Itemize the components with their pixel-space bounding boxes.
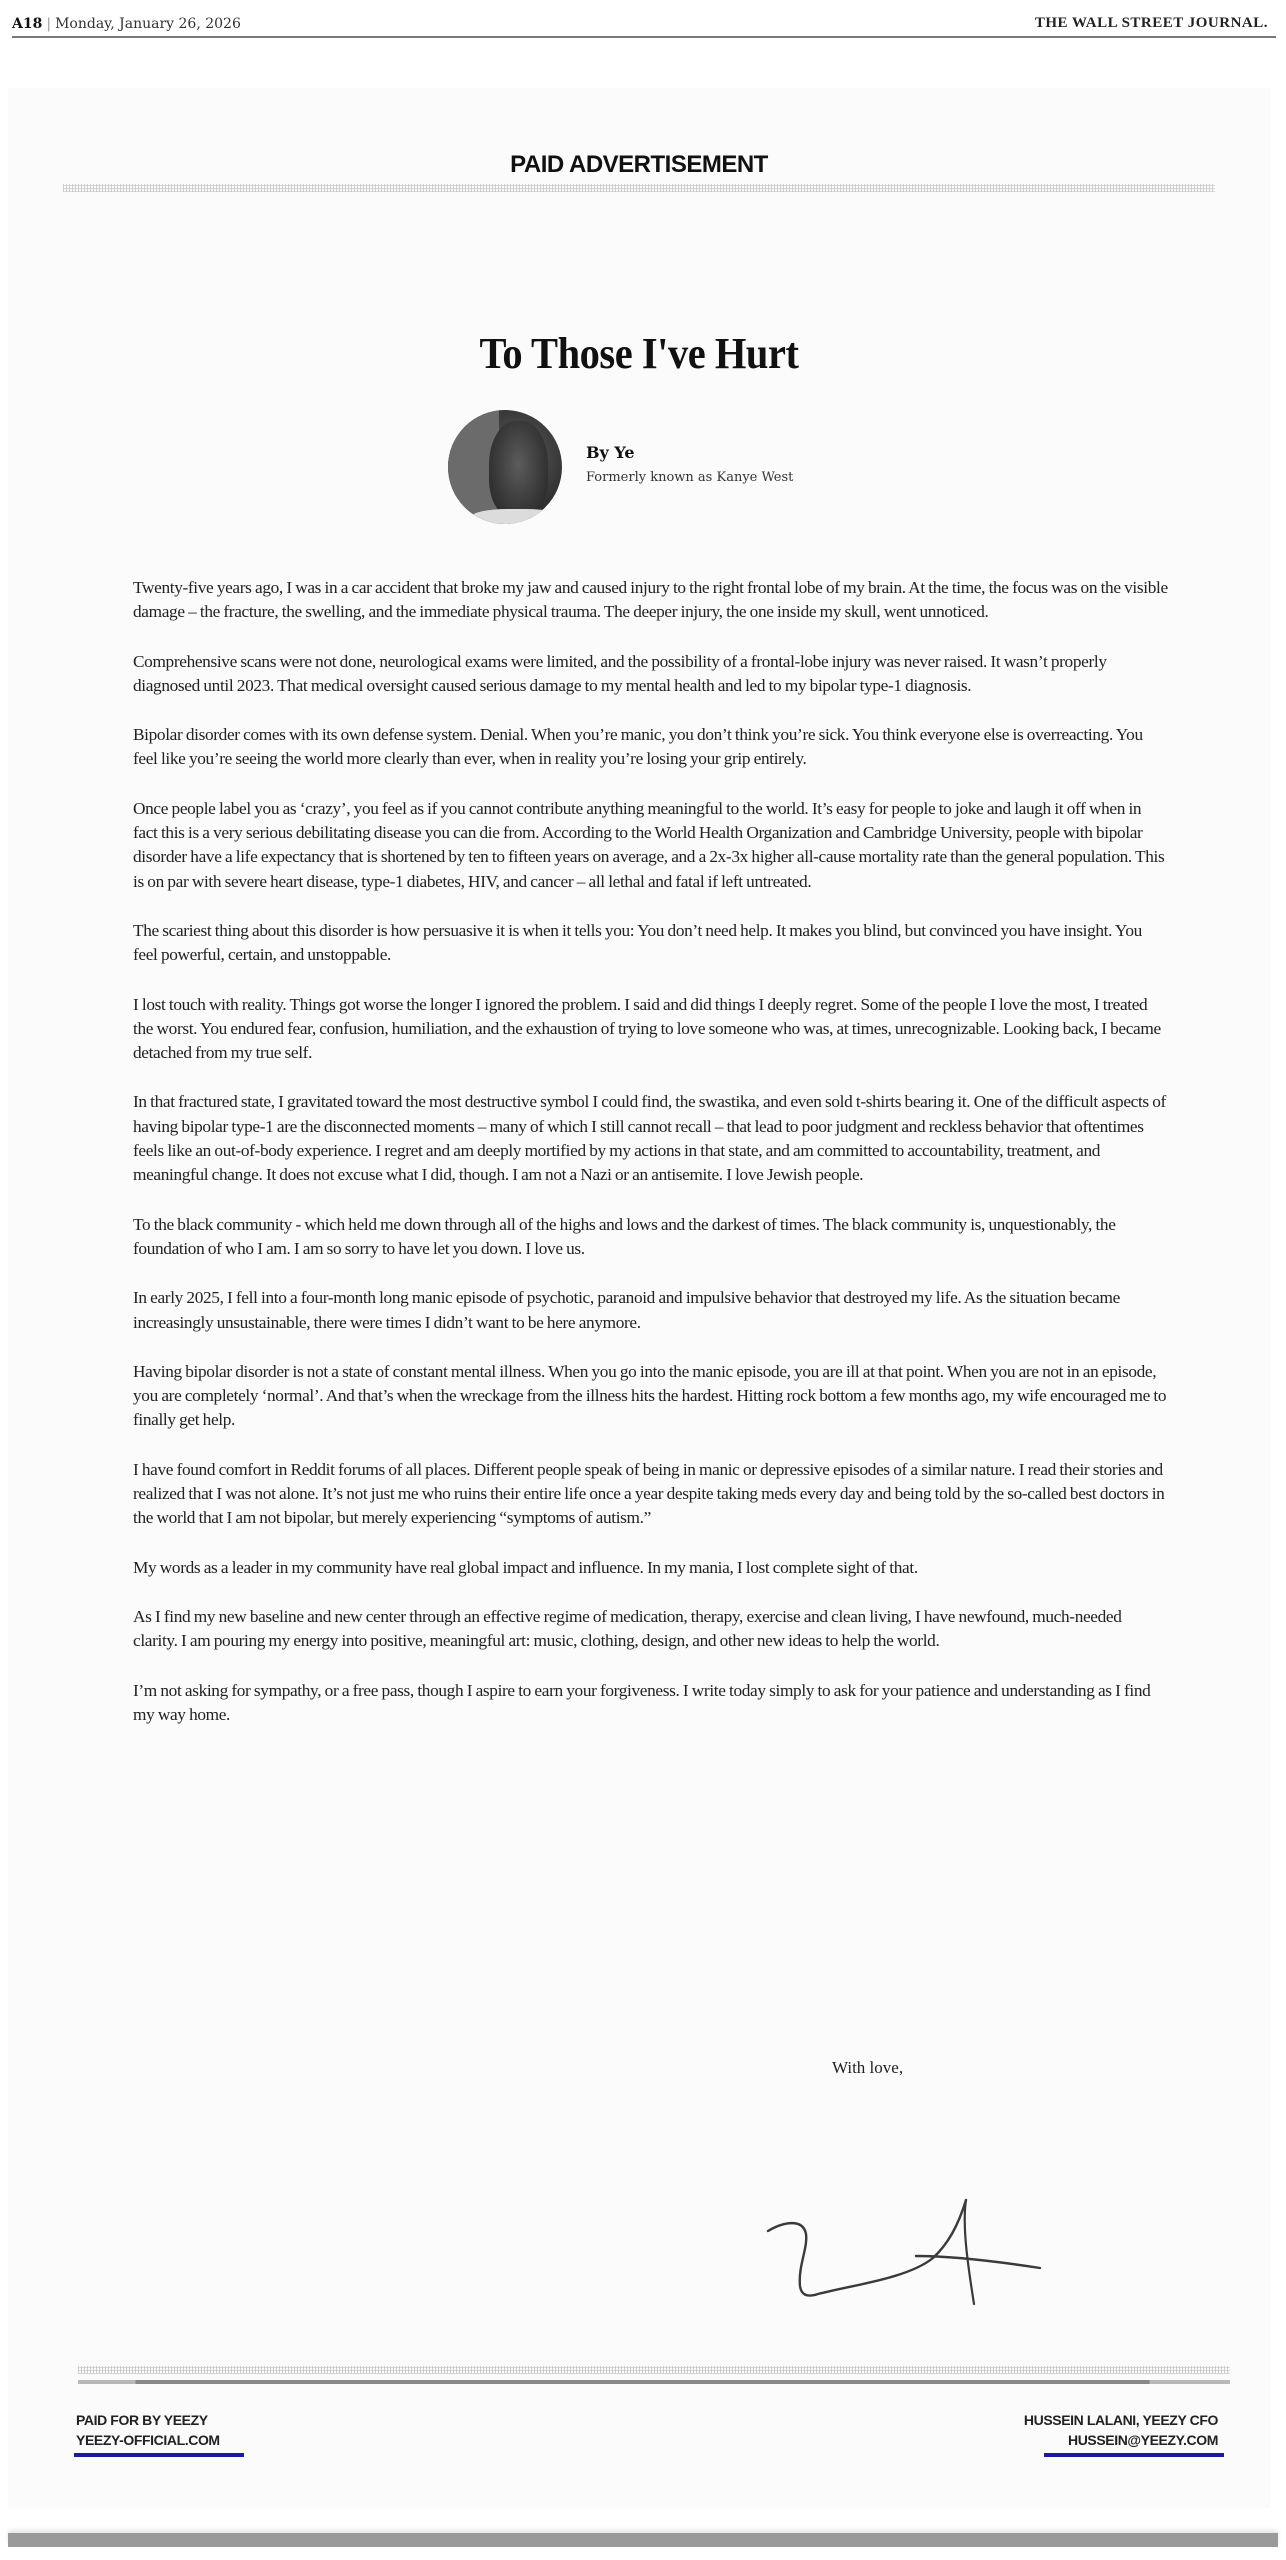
paragraph: Once people label you as ‘crazy’, you fe… xyxy=(133,797,1169,894)
paragraph: In that fractured state, I gravitated to… xyxy=(133,1090,1169,1187)
portrait-face xyxy=(489,421,548,518)
paragraph: I lost touch with reality. Things got wo… xyxy=(133,993,1169,1066)
paragraph: Comprehensive scans were not done, neuro… xyxy=(133,650,1169,699)
sponsor-website-link[interactable]: YEEZY-OFFICIAL.COM xyxy=(76,2430,244,2450)
paid-advertisement-panel: PAID ADVERTISEMENT To Those I've Hurt By… xyxy=(8,88,1270,2508)
contact-underline xyxy=(1044,2453,1224,2457)
paragraph: My words as a leader in my community hav… xyxy=(133,1556,1169,1580)
author-name: By Ye xyxy=(586,443,793,462)
publication-name: THE WALL STREET JOURNAL. xyxy=(1035,15,1268,32)
letter-closing: With love, xyxy=(832,2058,903,2078)
page-info: A18|Monday, January 26, 2026 xyxy=(12,16,241,32)
sponsor-underline xyxy=(74,2453,244,2457)
byline: By Ye Formerly known as Kanye West xyxy=(448,410,793,524)
sponsor-label: PAID FOR BY YEEZY xyxy=(76,2410,244,2430)
paragraph: I’m not asking for sympathy, or a free p… xyxy=(133,1679,1169,1728)
paid-advertisement-label: PAID ADVERTISEMENT xyxy=(8,151,1270,179)
paragraph: To the black community - which held me d… xyxy=(133,1213,1169,1262)
masthead-separator: | xyxy=(46,16,51,32)
paragraph: The scariest thing about this disorder i… xyxy=(133,919,1169,968)
top-dotted-divider xyxy=(63,184,1215,192)
handwritten-signature-icon xyxy=(748,2186,1048,2306)
paragraph: Having bipolar disorder is not a state o… xyxy=(133,1360,1169,1433)
bottom-solid-divider xyxy=(78,2380,1230,2384)
paragraph: Bipolar disorder comes with its own defe… xyxy=(133,723,1169,772)
footer-contact: HUSSEIN LALANI, YEEZY CFO HUSSEIN@YEEZY.… xyxy=(1024,2410,1218,2457)
bottom-dotted-divider xyxy=(78,2366,1230,2374)
issue-date: Monday, January 26, 2026 xyxy=(55,16,241,32)
contact-email-link[interactable]: HUSSEIN@YEEZY.COM xyxy=(1024,2430,1218,2450)
paragraph: In early 2025, I fell into a four-month … xyxy=(133,1286,1169,1335)
author-subtitle: Formerly known as Kanye West xyxy=(586,470,793,485)
paragraph: As I find my new baseline and new center… xyxy=(133,1605,1169,1654)
letter-body: Twenty-five years ago, I was in a car ac… xyxy=(133,576,1169,1752)
author-portrait-icon xyxy=(448,410,562,524)
contact-name: HUSSEIN LALANI, YEEZY CFO xyxy=(1024,2410,1218,2430)
ad-headline: To Those I've Hurt xyxy=(58,328,1219,379)
footer-sponsor: PAID FOR BY YEEZY YEEZY-OFFICIAL.COM xyxy=(76,2410,244,2457)
byline-text: By Ye Formerly known as Kanye West xyxy=(586,443,793,485)
page-bottom-bar xyxy=(8,2533,1278,2547)
portrait-shirt xyxy=(471,509,562,524)
paragraph: Twenty-five years ago, I was in a car ac… xyxy=(133,576,1169,625)
paragraph: I have found comfort in Reddit forums of… xyxy=(133,1458,1169,1531)
newspaper-masthead: A18|Monday, January 26, 2026 THE WALL ST… xyxy=(12,8,1276,38)
page-number: A18 xyxy=(12,16,42,32)
